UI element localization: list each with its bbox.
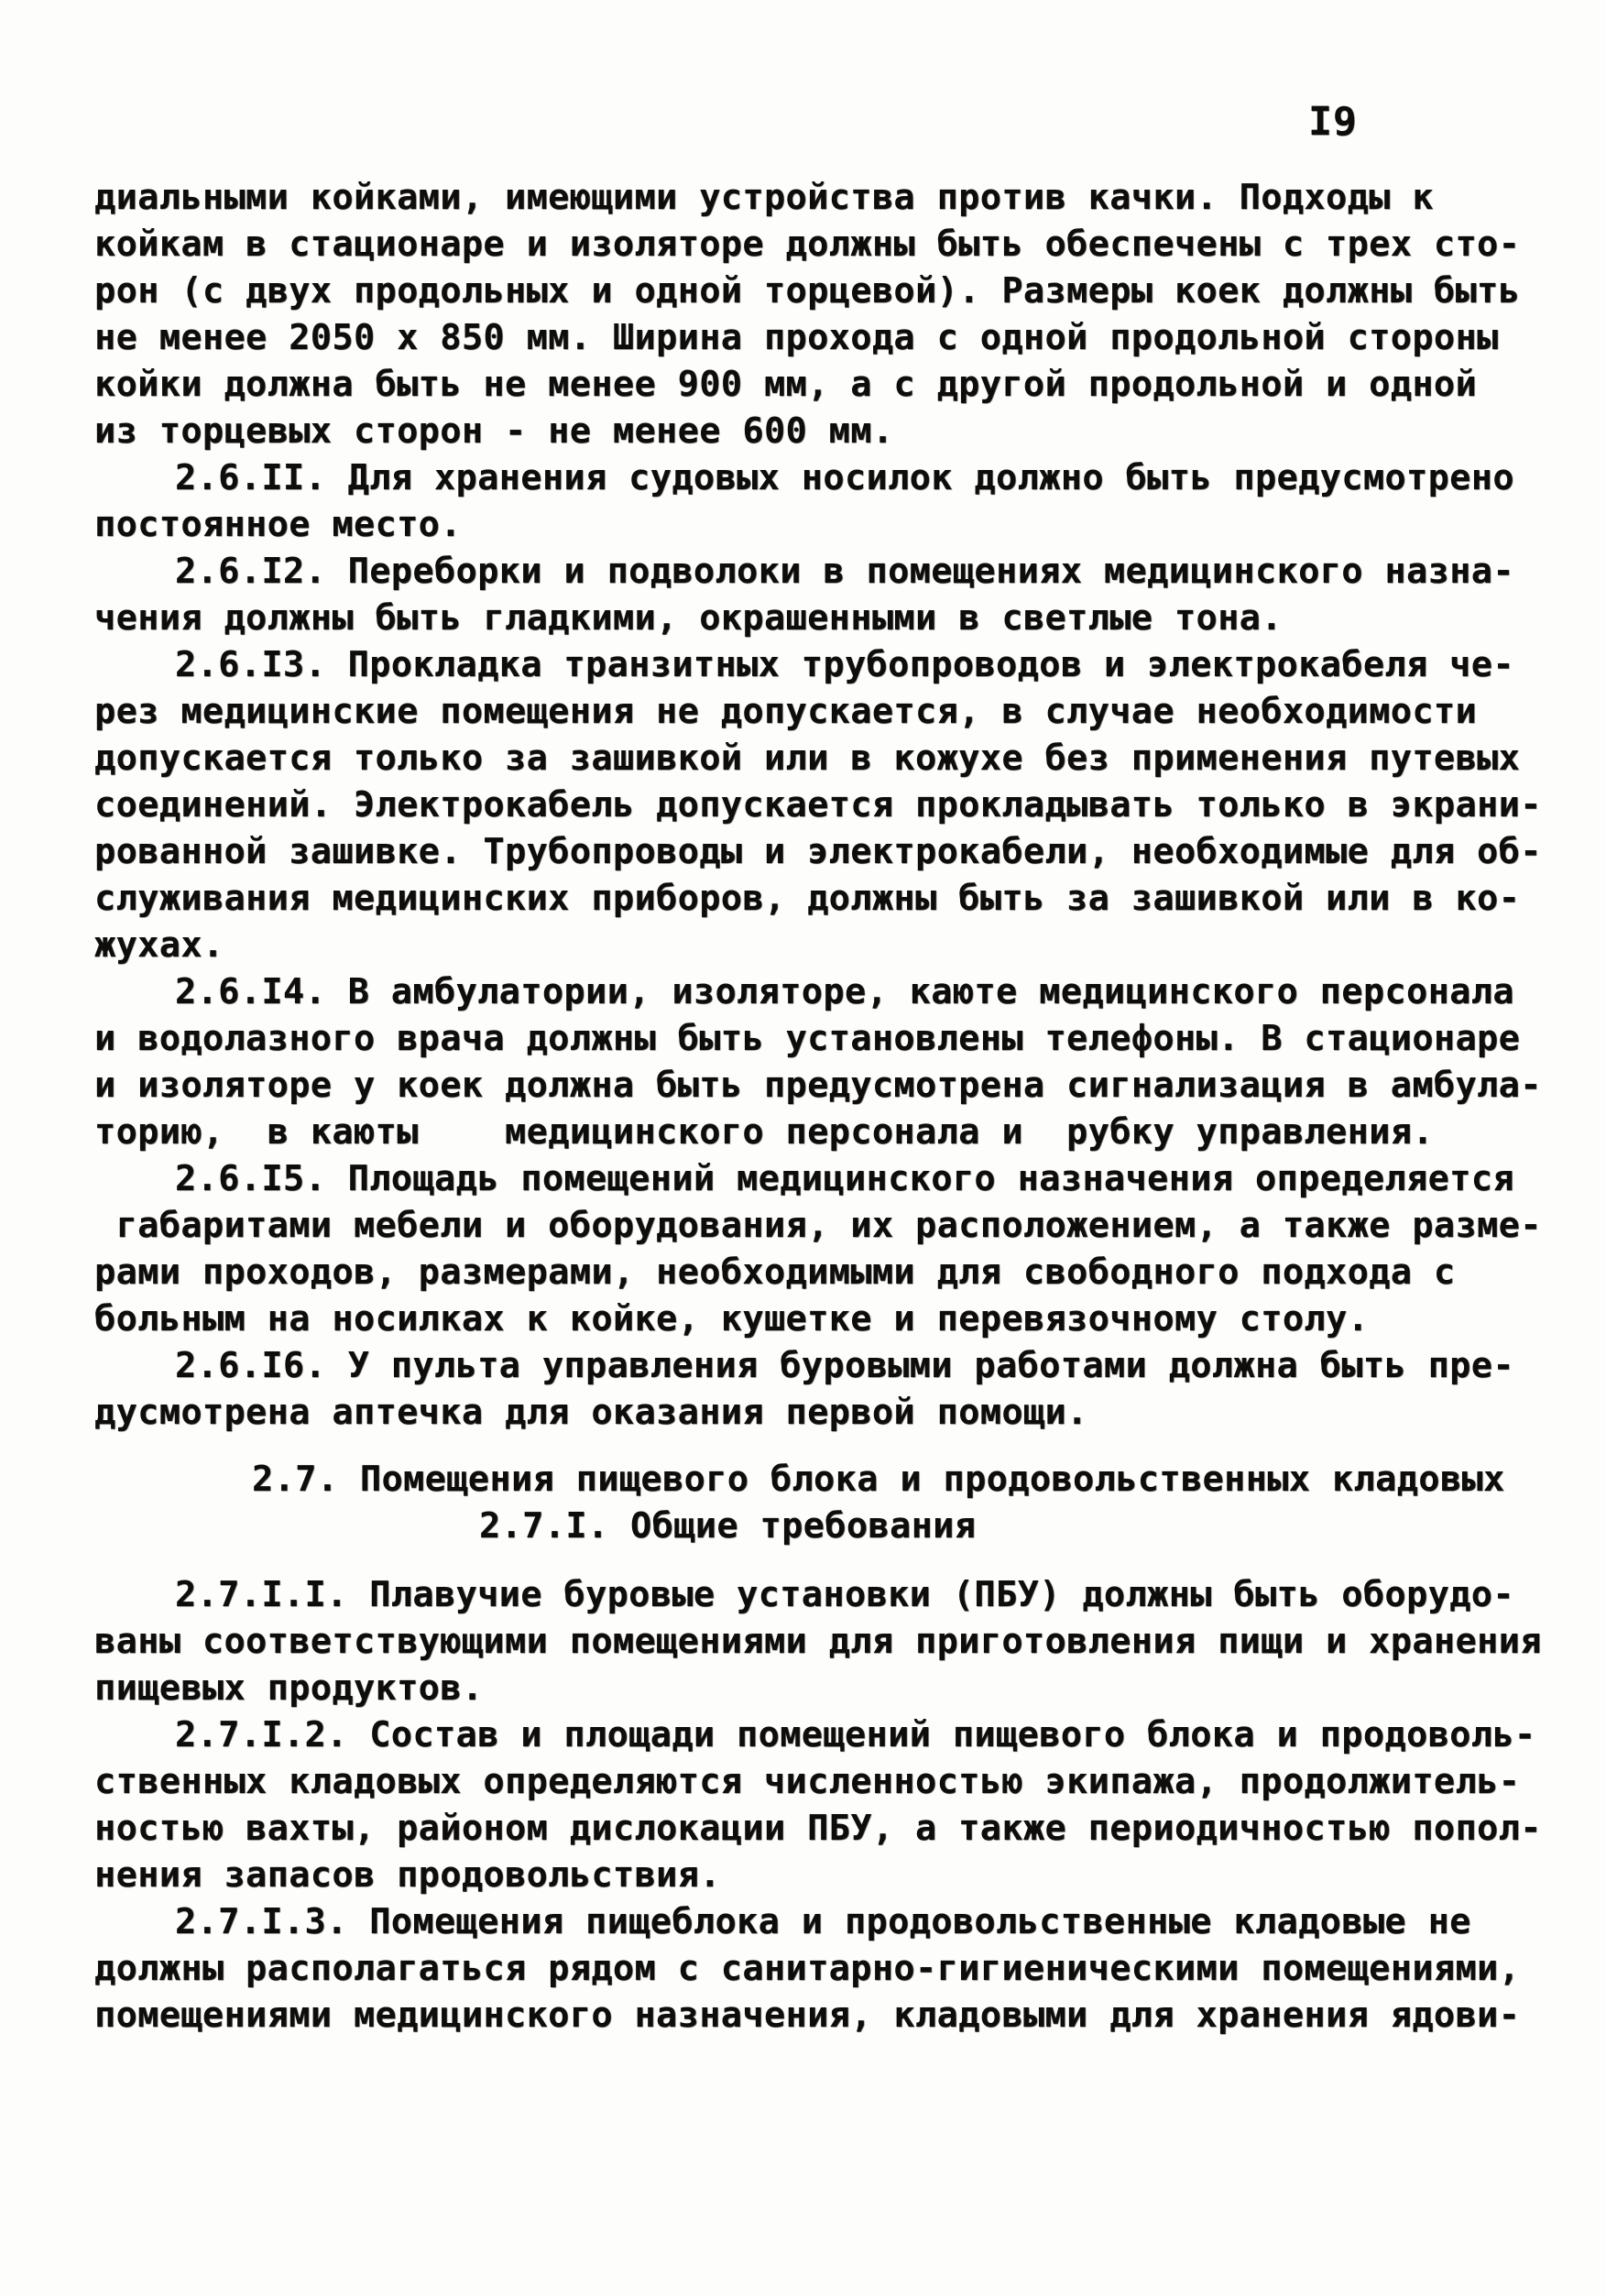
text-line: 2.7.I.I. Плавучие буровые установки (ПБУ… — [94, 1571, 1546, 1618]
page-number: I9 — [1308, 99, 1358, 145]
text-line: ностью вахты, районом дислокации ПБУ, а … — [94, 1805, 1546, 1852]
text-line: рованной зашивке. Трубопроводы и электро… — [94, 828, 1546, 875]
text-line: ваны соответствующими помещениями для пр… — [94, 1618, 1546, 1665]
text-line: 2.6.I3. Прокладка транзитных трубопровод… — [94, 641, 1546, 688]
text-line: нения запасов продовольствия. — [94, 1852, 1546, 1898]
text-line: служивания медицинских приборов, должны … — [94, 875, 1546, 922]
text-line: из торцевых сторон - не менее 600 мм. — [94, 408, 1546, 454]
text-line: диальными койками, имеющими устройства п… — [94, 174, 1546, 221]
text-line: 2.6.I4. В амбулатории, изоляторе, каюте … — [94, 968, 1546, 1015]
text-line: 2.7. Помещения пищевого блока и продовол… — [94, 1456, 1546, 1503]
text-line: и изоляторе у коек должна быть предусмот… — [94, 1062, 1546, 1109]
text-line: больным на носилках к койке, кушетке и п… — [94, 1296, 1546, 1342]
text-line: рез медицинские помещения не допускается… — [94, 688, 1546, 735]
text-line: торию, в каюты медицинского персонала и … — [94, 1109, 1546, 1155]
text-line: 2.6.I5. Площадь помещений медицинского н… — [94, 1155, 1546, 1202]
text-line: габаритами мебели и оборудования, их рас… — [94, 1202, 1546, 1249]
text-line: рами проходов, размерами, необходимыми д… — [94, 1249, 1546, 1296]
text-line: 2.7.I. Общие требования — [94, 1503, 1546, 1549]
text-line: и водолазного врача должны быть установл… — [94, 1015, 1546, 1062]
text-line: койки должна быть не менее 900 мм, а с д… — [94, 361, 1546, 408]
text-line: 2.6.I6. У пульта управления буровыми раб… — [94, 1342, 1546, 1389]
text-line: 2.6.I2. Переборки и подволоки в помещени… — [94, 548, 1546, 595]
text-line: 2.6.II. Для хранения судовых носилок дол… — [94, 454, 1546, 501]
text-line: рон (с двух продольных и одной торцевой)… — [94, 268, 1546, 314]
text-line: допускается только за зашивкой или в кож… — [94, 735, 1546, 782]
text-line: пищевых продуктов. — [94, 1665, 1546, 1711]
text-line: чения должны быть гладкими, окрашенными … — [94, 595, 1546, 641]
text-column: диальными койками, имеющими устройства п… — [94, 174, 1546, 2039]
document-page: I9 диальными койками, имеющими устройств… — [0, 0, 1606, 2296]
text-line: не менее 2050 х 850 мм. Ширина прохода с… — [94, 314, 1546, 361]
text-line: жухах. — [94, 922, 1546, 968]
text-line: должны располагаться рядом с санитарно-г… — [94, 1945, 1546, 1992]
text-line: ственных кладовых определяются численнос… — [94, 1758, 1546, 1805]
text-line: 2.7.I.2. Состав и площади помещений пище… — [94, 1711, 1546, 1758]
text-line: постоянное место. — [94, 501, 1546, 548]
text-line: соединений. Электрокабель допускается пр… — [94, 782, 1546, 828]
text-line: 2.7.I.3. Помещения пищеблока и продоволь… — [94, 1898, 1546, 1945]
text-line: койкам в стационаре и изоляторе должны б… — [94, 221, 1546, 268]
text-line: помещениями медицинского назначения, кла… — [94, 1992, 1546, 2039]
text-line: дусмотрена аптечка для оказания первой п… — [94, 1389, 1546, 1436]
